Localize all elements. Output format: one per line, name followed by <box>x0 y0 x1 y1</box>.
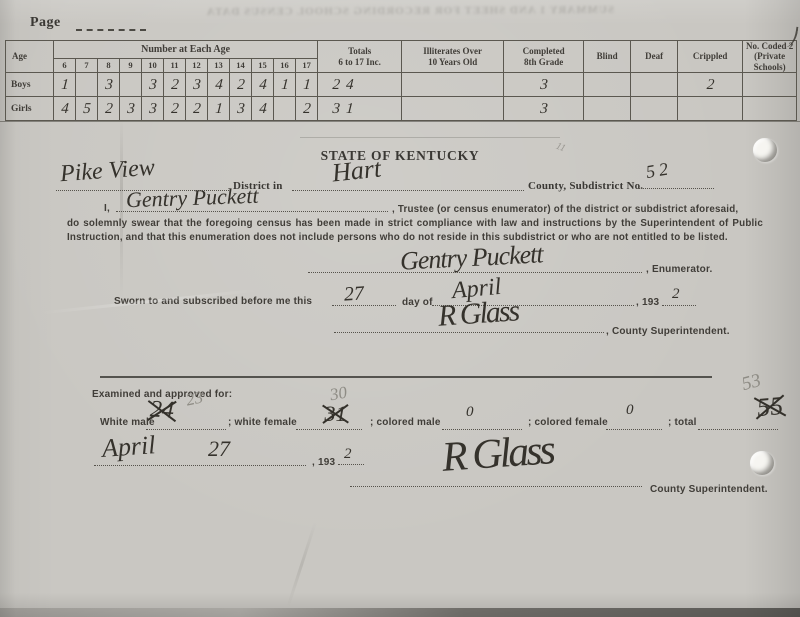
girls-age-value: 3 <box>229 97 253 121</box>
bleedthrough-text: SUMMARY 1 AND SHEET FOR RECORDING SCHOOL… <box>150 5 670 17</box>
bottom-edge-shadow <box>0 608 800 617</box>
oath-line1: , Trustee (or census enumerator) of the … <box>392 204 738 215</box>
sworn-year-line <box>662 305 696 306</box>
girls-blind <box>583 97 632 121</box>
girls-age-value <box>273 97 297 121</box>
age-col-15: 15 <box>252 59 274 73</box>
enumerator-line <box>308 272 642 273</box>
col-header-illiterates: Illiterates Over 10 Years Old <box>402 41 504 73</box>
age-col-14: 14 <box>230 59 252 73</box>
girls-age-value: 2 <box>163 97 187 121</box>
col-header-crippled: Crippled <box>678 41 743 73</box>
white-male-line <box>146 429 226 430</box>
boys-blind <box>583 73 632 97</box>
row-label-boys: Boys <box>6 73 54 97</box>
girls-age-value: 5 <box>75 97 99 121</box>
census-table: Age Number at Each Age Totals 6 to 17 In… <box>5 40 797 121</box>
girls-age-value: 1 <box>207 97 231 121</box>
age-col-8: 8 <box>98 59 120 73</box>
boys-age-value: 2 <box>229 73 253 97</box>
col-header-number-at-each-age: Number at Each Age <box>54 41 318 59</box>
boys-age-value: 1 <box>295 73 319 97</box>
paper-crease <box>286 522 317 609</box>
boys-illiterates <box>401 73 505 97</box>
white-female-value-crossed: 31 <box>324 401 346 427</box>
boys-age-value: 3 <box>97 73 121 97</box>
girls-deaf <box>630 97 679 121</box>
approval-signature-line <box>350 486 642 487</box>
boys-age-value: 2 <box>163 73 187 97</box>
approval-date-line <box>94 465 306 466</box>
girls-age-value: 2 <box>185 97 209 121</box>
colored-female-value: 0 <box>626 402 634 419</box>
boys-total: 24 <box>317 73 403 97</box>
age-col-13: 13 <box>208 59 230 73</box>
colored-male-label: ; colored male <box>370 417 441 428</box>
boys-age-value: 4 <box>251 73 275 97</box>
girls-illiterates <box>401 97 505 121</box>
boys-deaf <box>630 73 679 97</box>
sworn-day-handwritten: 27 <box>343 282 365 306</box>
boys-age-value: 3 <box>185 73 209 97</box>
girls-age-value: 4 <box>53 97 77 121</box>
sworn-year-digit: 2 <box>672 286 680 303</box>
oath-name-line <box>116 211 388 212</box>
boys-age-value <box>119 73 143 97</box>
oath-name-handwritten: Gentry Puckett <box>126 183 259 214</box>
age-col-9: 9 <box>120 59 142 73</box>
boys-age-value: 1 <box>273 73 297 97</box>
white-female-label: ; white female <box>228 417 297 428</box>
approval-signature: R Glass <box>440 426 554 482</box>
age-col-11: 11 <box>164 59 186 73</box>
girls-age-value: 2 <box>97 97 121 121</box>
white-female-correction: 30 <box>328 383 348 406</box>
section-divider <box>100 376 712 378</box>
approval-year-digit: 2 <box>344 446 352 463</box>
superintendent-signature: R Glass <box>437 294 519 334</box>
oath-i-label: I, <box>104 203 110 214</box>
col-header-age: Age <box>6 41 54 73</box>
age-col-7: 7 <box>76 59 98 73</box>
girls-age-value: 4 <box>251 97 275 121</box>
superintendent-label: , County Superintendent. <box>606 326 730 337</box>
boys-age-value <box>75 73 99 97</box>
approval-date-day: 27 <box>208 436 230 462</box>
approval-date-month: April <box>101 430 156 464</box>
col-header-totals: Totals 6 to 17 Inc. <box>318 41 402 73</box>
subdistrict-line <box>638 188 714 189</box>
sworn-year-prefix: , 193 <box>636 297 659 308</box>
boys-no-coded <box>742 73 798 97</box>
age-col-6: 6 <box>54 59 76 73</box>
county-name-line <box>292 190 524 191</box>
white-female-line <box>296 429 362 430</box>
col-header-deaf: Deaf <box>631 41 678 73</box>
scanned-census-form: SUMMARY 1 AND SHEET FOR RECORDING SCHOOL… <box>0 0 800 617</box>
day-of-label: day of <box>402 297 433 308</box>
sworn-label: Sworn to and subscribed before me this <box>114 296 312 307</box>
col-header-completed-8th: Completed 8th Grade <box>504 41 584 73</box>
district-name-handwritten: Pike View <box>59 155 155 189</box>
colored-female-line <box>606 429 662 430</box>
paper-crease <box>120 118 123 298</box>
boys-completed-8th: 3 <box>503 73 585 97</box>
hole-punch-top <box>753 138 777 162</box>
girls-no-coded <box>742 97 798 121</box>
white-male-value-crossed: 24 <box>149 396 174 424</box>
girls-age-value: 2 <box>295 97 319 121</box>
oath-line2: do solemnly swear that the foregoing cen… <box>67 218 763 229</box>
girls-completed-8th: 3 <box>503 97 585 121</box>
total-line <box>698 429 778 430</box>
approval-year-line <box>338 464 364 465</box>
age-col-16: 16 <box>274 59 296 73</box>
row-label-girls: Girls <box>6 97 54 121</box>
age-col-10: 10 <box>142 59 164 73</box>
table-row-girls: Girls 4 5 2 3 3 2 2 1 3 4 2 31 3 <box>6 97 797 121</box>
total-value-crossed: 55 <box>756 391 785 423</box>
county-name-handwritten: Hart <box>331 154 383 189</box>
enumerator-label: , Enumerator. <box>646 264 713 275</box>
girls-age-value: 3 <box>119 97 143 121</box>
boys-crippled: 2 <box>677 73 744 97</box>
superintendent-line <box>334 332 604 333</box>
page-number-line <box>76 29 146 31</box>
girls-crippled <box>677 97 744 121</box>
page-label: Page <box>30 15 61 31</box>
age-col-12: 12 <box>186 59 208 73</box>
boys-age-value: 4 <box>207 73 231 97</box>
age-col-17: 17 <box>296 59 318 73</box>
table-bottom-rule <box>0 121 800 122</box>
boys-age-value: 3 <box>141 73 165 97</box>
hole-punch-bottom <box>750 451 774 475</box>
table-row-boys: Boys 1 3 3 2 3 4 2 4 1 1 24 3 2 <box>6 73 797 97</box>
girls-age-value: 3 <box>141 97 165 121</box>
scratch-line <box>300 137 560 138</box>
boys-age-value: 1 <box>53 73 77 97</box>
oath-line3: Instruction, and that this enumeration d… <box>67 232 728 243</box>
approval-year-prefix: , 193 <box>312 457 335 468</box>
subdistrict-number-handwritten: 52 <box>645 158 674 183</box>
girls-total: 31 <box>317 97 403 121</box>
total-label: ; total <box>668 417 697 428</box>
col-header-blind: Blind <box>584 41 631 73</box>
county-subdistrict-label: County, Subdistrict No. <box>528 180 643 192</box>
approval-superintendent-label: County Superintendent. <box>650 484 768 495</box>
colored-male-value: 0 <box>466 404 474 421</box>
